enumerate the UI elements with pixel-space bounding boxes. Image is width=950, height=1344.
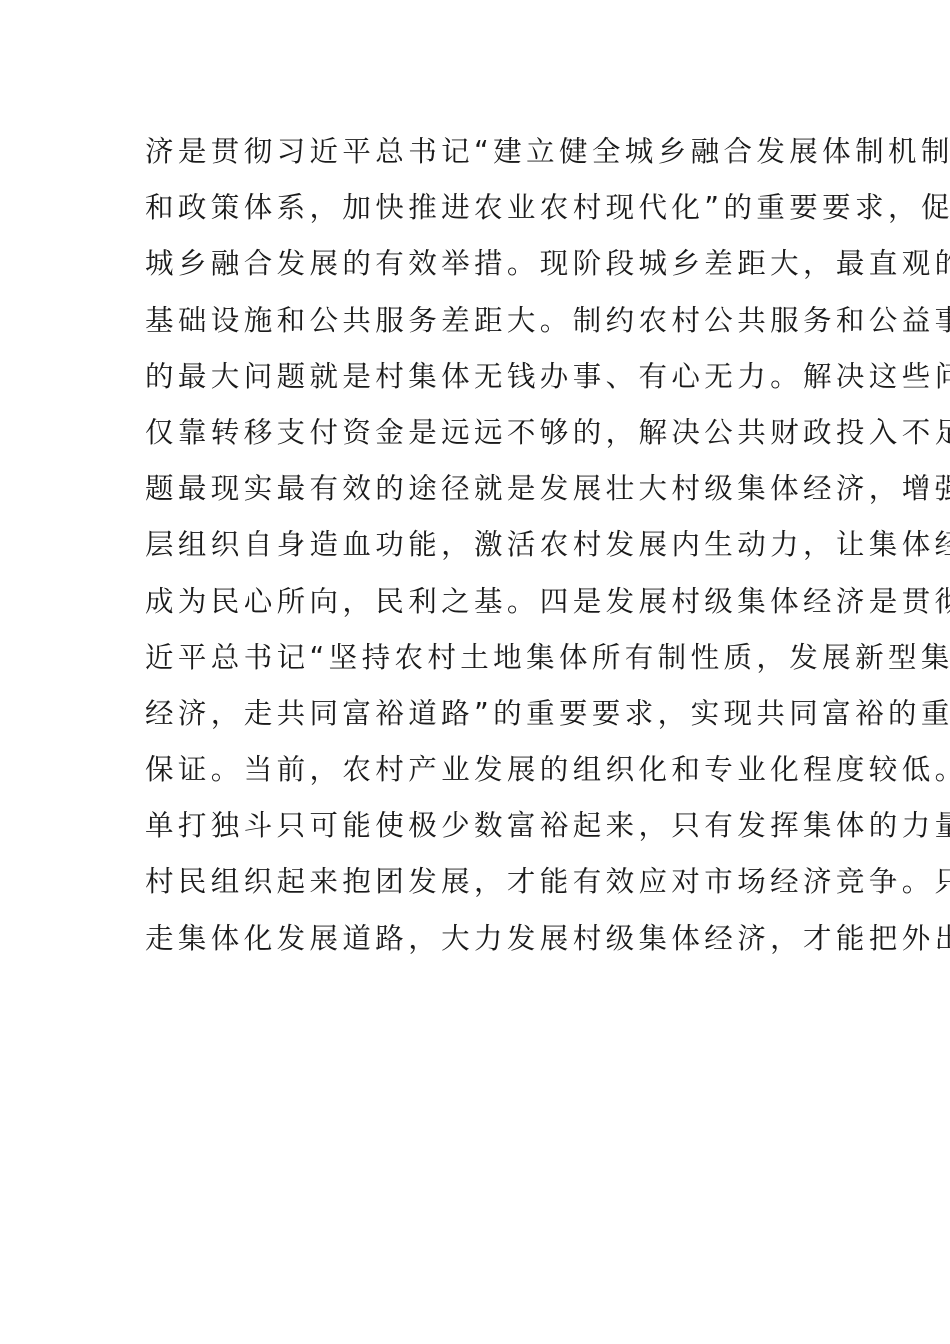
- text-line: 经济，走共同富裕道路”的重要要求，实现共同富裕的重要: [145, 686, 810, 742]
- text-line: 保证。当前，农村产业发展的组织化和专业化程度较低。村民: [145, 742, 810, 798]
- document-page: 济是贯彻习近平总书记“建立健全城乡融合发展体制机制 和政策体系，加快推进农业农村…: [0, 0, 950, 1344]
- text-line: 层组织自身造血功能，激活农村发展内生动力，让集体经济: [145, 517, 810, 573]
- text-line: 济是贯彻习近平总书记“建立健全城乡融合发展体制机制: [145, 124, 810, 180]
- text-line: 基础设施和公共服务差距大。制约农村公共服务和公益事业: [145, 293, 810, 349]
- text-line: 仅靠转移支付资金是远远不够的，解决公共财政投入不足问: [145, 405, 810, 461]
- text-line: 近平总书记“坚持农村土地集体所有制性质，发展新型集体: [145, 630, 810, 686]
- body-paragraph: 济是贯彻习近平总书记“建立健全城乡融合发展体制机制 和政策体系，加快推进农业农村…: [145, 124, 810, 967]
- text-line: 的最大问题就是村集体无钱办事、有心无力。解决这些问题，: [145, 349, 810, 405]
- text-line: 成为民心所向，民利之基。四是发展村级集体经济是贯彻习: [145, 574, 810, 630]
- text-line: 村民组织起来抱团发展，才能有效应对市场经济竞争。只有: [145, 854, 810, 910]
- text-line: 题最现实最有效的途径就是发展壮大村级集体经济，增强基: [145, 461, 810, 517]
- text-line: 单打独斗只可能使极少数富裕起来，只有发挥集体的力量把: [145, 798, 810, 854]
- text-line: 城乡融合发展的有效举措。现阶段城乡差距大，最直观的是: [145, 236, 810, 292]
- text-line: 和政策体系，加快推进农业农村现代化”的重要要求，促进: [145, 180, 810, 236]
- text-line: 走集体化发展道路，大力发展村级集体经济，才能把外出的: [145, 911, 810, 967]
